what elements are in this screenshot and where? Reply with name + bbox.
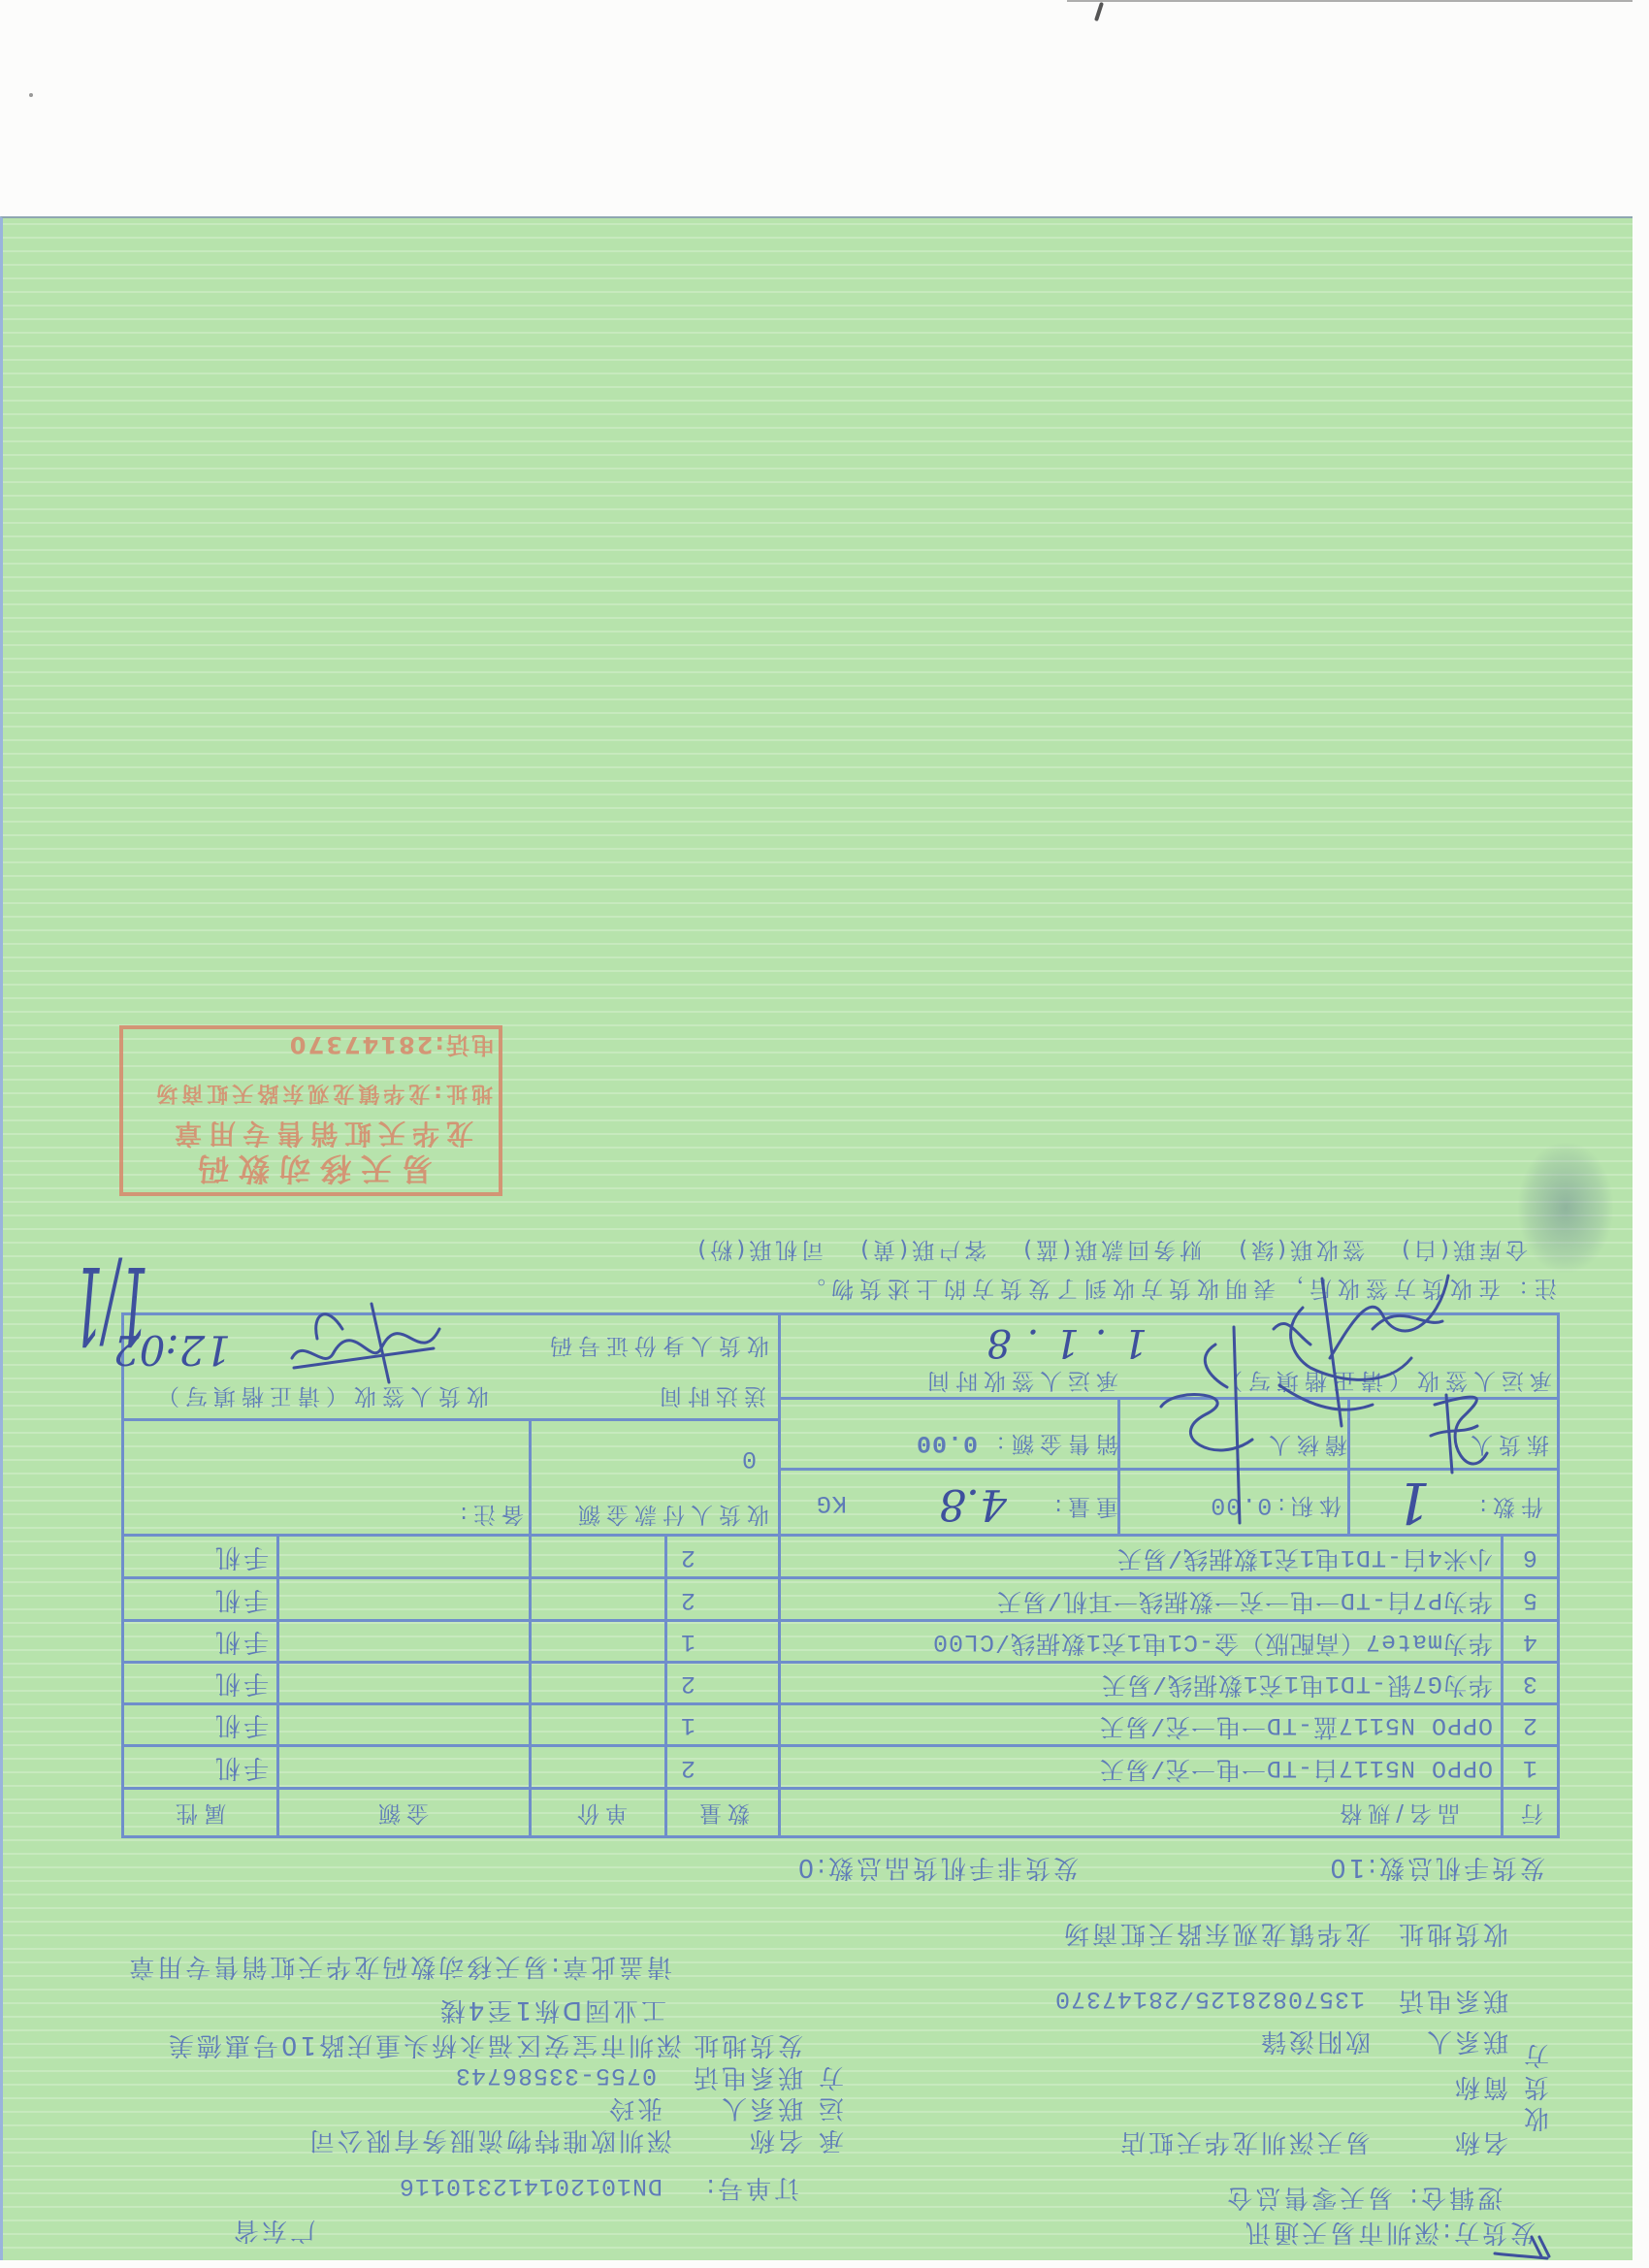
pen-mark (1495, 2237, 1549, 2258)
receiver-signature (292, 1304, 439, 1382)
scan-speck (1094, 2, 1104, 21)
signature-layer (0, 216, 1633, 2260)
auditor-signature (1161, 1327, 1252, 1523)
scan-speck (29, 93, 33, 97)
carrier-signature (1274, 1276, 1448, 1426)
picker-signature (1431, 1395, 1487, 1473)
delivery-note-sheet: 发货方:深圳市易天通讯 广东省 逻辑仓:易天零售总仓 订单号: DN101201… (0, 216, 1633, 2260)
scan-edge-line (1067, 0, 1633, 2)
